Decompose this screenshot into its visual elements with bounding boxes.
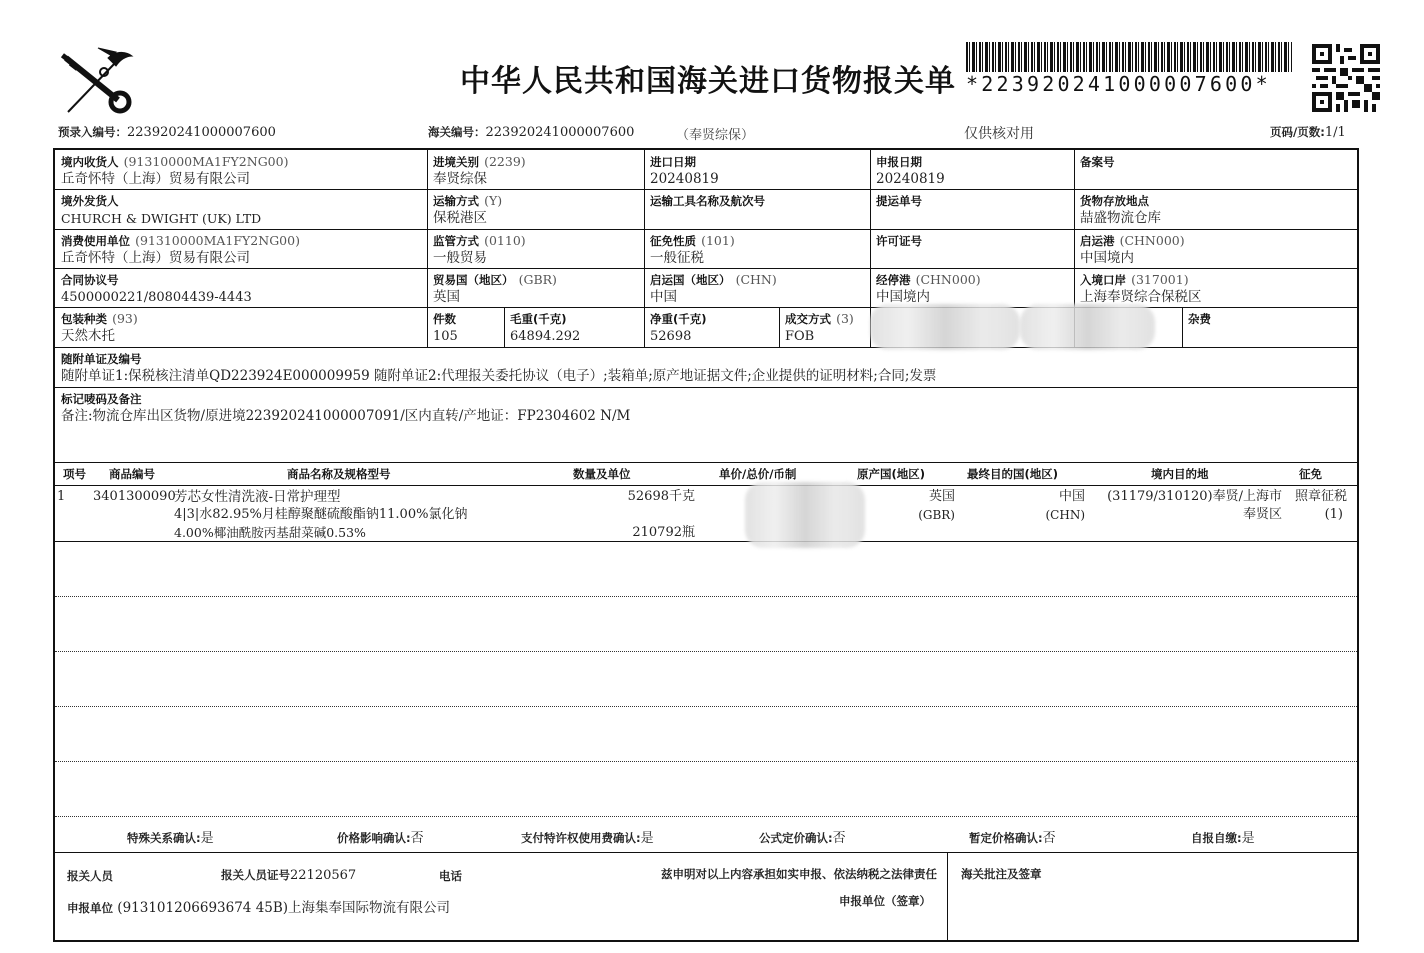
field-transport-mode: 运输方式 (Y) 保税港区	[427, 189, 644, 229]
confirm-price-impact: 价格影响确认:否	[337, 827, 424, 846]
goods-header-no: 项号	[63, 466, 86, 482]
qr-code-icon	[1312, 44, 1380, 112]
field-entry-customs: 进境关别 (2239) 奉贤综保	[427, 150, 644, 190]
redacted-area	[870, 304, 1020, 350]
field-import-date: 进口日期 20240819	[644, 150, 870, 190]
customs-remark: 海关批注及签章	[961, 866, 1042, 882]
field-supervision: 监管方式 (0110) 一般贸易	[427, 229, 644, 269]
field-vessel: 运输工具名称及航次号	[644, 189, 870, 210]
document-title: 中华人民共和国海关进口货物报关单	[460, 56, 956, 100]
redacted-area	[1020, 304, 1155, 350]
field-marks: 标记唛码及备注 备注:物流仓库出区货物/原进境22392024100000709…	[55, 387, 1357, 427]
seal-label: 申报单位（签章）	[615, 893, 931, 909]
declare-unit: 申报单位 (913101206693674 45B)上海集奉国际物流有限公司	[67, 896, 450, 916]
field-entry-port: 入境口岸 (317001) 上海奉贤综合保税区	[1074, 268, 1354, 308]
field-documents: 随附单证及编号 随附单证1:保税核注清单QD223924E000009959 随…	[55, 347, 1357, 387]
field-package-type: 包装种类 (93) 天然木托	[55, 307, 427, 347]
goods-header-quantity: 数量及单位	[573, 466, 631, 482]
goods-header-domestic-dest: 境内目的地	[1151, 466, 1209, 482]
confirm-formula-price: 公式定价确认:否	[759, 827, 846, 846]
page-indicator: 页码/页数:1/1	[1270, 124, 1346, 140]
field-consumer: 消费使用单位 (91310000MA1FY2NG00) 丘奇怀特（上海）贸易有限…	[55, 229, 427, 269]
confirm-special-relation: 特殊关系确认:是	[127, 827, 214, 846]
confirm-self-declare: 自报自缴:是	[1191, 827, 1255, 846]
goods-header-origin: 原产国(地区)	[857, 466, 925, 482]
redacted-price	[745, 482, 865, 548]
pre-entry-number: 预录入编号：223920241000007600	[58, 124, 276, 140]
field-trans-mode: 成交方式 (3) FOB	[779, 307, 870, 347]
barcode-text: *223920241000007600*	[966, 72, 1271, 96]
field-packages: 件数 105	[427, 307, 504, 347]
field-stop-port: 经停港 (CHN000) 中国境内	[870, 268, 1074, 308]
field-departure-port: 启运港 (CHN000) 中国境内	[1074, 229, 1354, 269]
declaration-form: 境内收货人 (91310000MA1FY2NG00) 丘奇怀特（上海）贸易有限公…	[53, 148, 1359, 942]
field-consignee: 境内收货人 (91310000MA1FY2NG00) 丘奇怀特（上海）贸易有限公…	[55, 150, 427, 190]
field-net-weight: 净重(千克) 52698	[644, 307, 779, 347]
field-license-no: 许可证号	[870, 229, 1074, 250]
field-gross-weight: 毛重(千克) 64894.292	[504, 307, 644, 347]
barcode	[966, 42, 1292, 72]
goods-header-price: 单价/总价/币制	[719, 466, 796, 482]
statement: 兹申明对以上内容承担如实申报、依法纳税之法律责任	[615, 866, 937, 882]
field-trade-country: 贸易国（地区） (GBR) 英国	[427, 268, 644, 308]
field-declare-date: 申报日期 20240819	[870, 150, 1074, 190]
customs-emblem-icon	[58, 44, 134, 116]
field-other-fee: 杂费	[1182, 307, 1354, 328]
field-consignor: 境外发货人 CHURCH & DWIGHT (UK) LTD	[55, 189, 427, 229]
field-bill-no: 提运单号	[870, 189, 1074, 210]
goods-header-name: 商品名称及规格型号	[287, 466, 391, 482]
field-contract-no: 合同协议号 4500000221/80804439-4443	[55, 268, 427, 308]
declarant-cert: 报关人员证号22120567	[221, 867, 356, 883]
declarant-label: 报关人员	[67, 868, 113, 884]
field-levy-nature: 征免性质 (101) 一般征税	[644, 229, 870, 269]
verification-notice: 仅供核对用	[964, 123, 1034, 143]
confirm-royalty: 支付特许权使用费确认:是	[521, 827, 654, 846]
confirm-provisional-price: 暂定价格确认:否	[969, 827, 1056, 846]
field-storage: 货物存放地点 喆盛物流仓库	[1074, 189, 1354, 229]
customs-number: 海关编号：223920241000007600	[428, 124, 634, 140]
goods-header-destination: 最终目的国(地区)	[967, 466, 1058, 482]
field-departure-country: 启运国（地区） (CHN) 中国	[644, 268, 870, 308]
field-record-no: 备案号	[1074, 150, 1354, 171]
customs-office: （奉贤综保）	[676, 124, 754, 143]
phone-label: 电话	[439, 868, 462, 884]
goods-header-hs-code: 商品编号	[109, 466, 155, 482]
goods-header-levy: 征免	[1299, 466, 1322, 482]
